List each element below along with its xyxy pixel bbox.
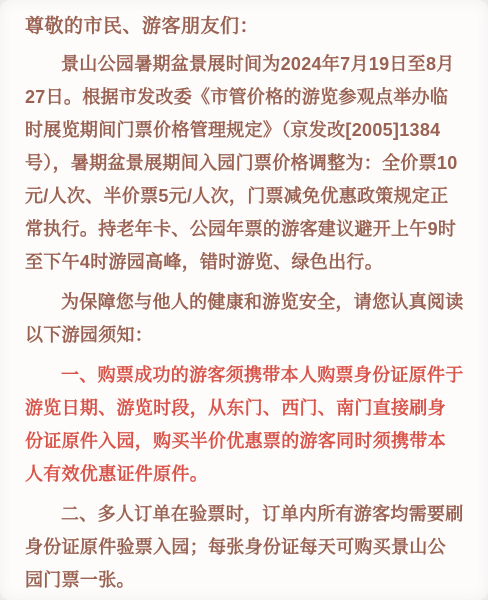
notice-paragraph-safety-intro: 为保障您与他人的健康和游览安全，请您认真阅读以下游园须知： <box>25 286 464 352</box>
notice-paragraph-rule-2: 二、多人订单在验票时，订单内所有游客均需要刷身份证原件验票入园；每张身份证每天可… <box>25 498 464 597</box>
notice-salutation: 尊敬的市民、游客朋友们： <box>25 12 464 42</box>
notice-paragraph-exhibition-info: 景山公园暑期盆景展时间为2024年7月19日至8月27日。根据市发改委《市管价格… <box>25 48 464 279</box>
notice-paragraph-rule-1: 一、购票成功的游客须携带本人购票身份证原件于游览日期、游览时段，从东门、西门、南… <box>25 359 464 491</box>
notice-document: 尊敬的市民、游客朋友们： 景山公园暑期盆景展时间为2024年7月19日至8月27… <box>0 0 488 600</box>
